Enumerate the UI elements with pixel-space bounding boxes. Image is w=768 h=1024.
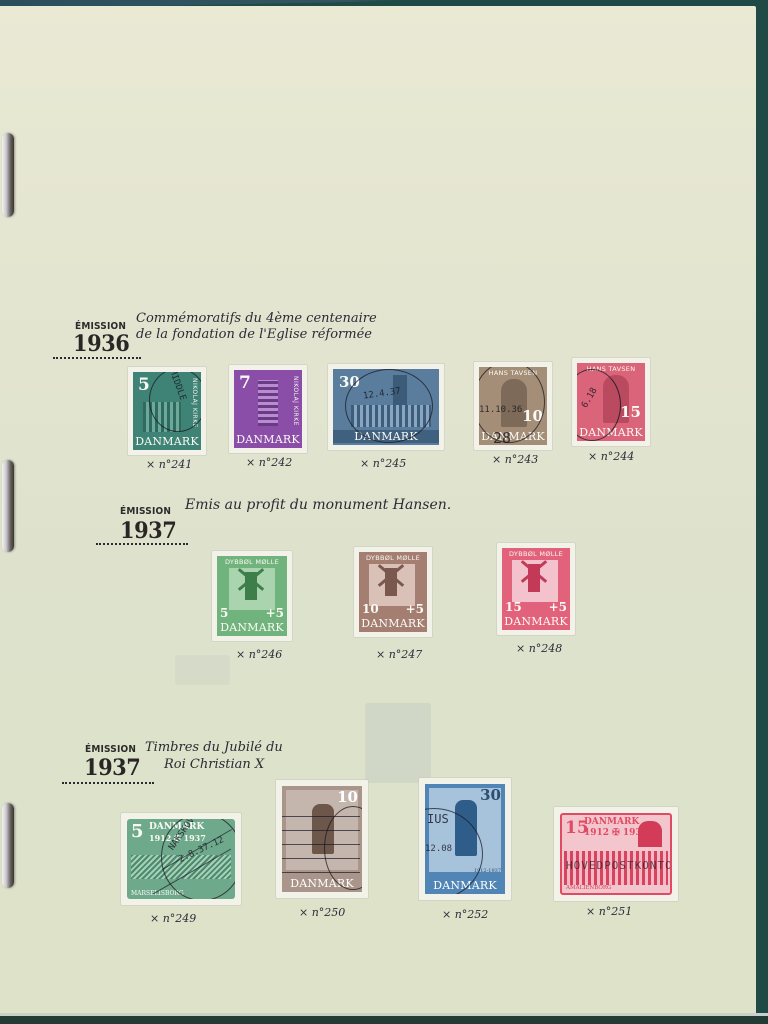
- stamp-design: 7 NIKOLAJ KIRKE DANMARK: [234, 370, 302, 448]
- stamp-design: 5 NIKOLAJ KIRKE DANMARK MIDDLE: [133, 372, 201, 450]
- catalog-number: × n°249: [150, 912, 196, 925]
- ghost-imprint: [365, 703, 431, 783]
- catalog-number: × n°244: [588, 450, 634, 463]
- stamp[interactable]: 7 NIKOLAJ KIRKE DANMARK: [229, 365, 307, 453]
- stamp[interactable]: 15 DANMARK 1912 ✠ 1937 AMALIENBORG HOVED…: [554, 807, 678, 901]
- stamp-design: HANS TAVSEN 10 DANMARK 11.10.36 28: [479, 367, 547, 445]
- catalog-number: × n°252: [442, 908, 488, 921]
- stamp-design: DYBBØL MØLLE 5 +5 DANMARK: [217, 556, 287, 636]
- dotted-rule: [53, 357, 141, 359]
- stamp-design: 30 DANMARK 12.4.37: [333, 369, 439, 445]
- stamp[interactable]: 5 NIKOLAJ KIRKE DANMARK MIDDLE: [128, 367, 206, 455]
- album-bottom-edge: [0, 1013, 768, 1024]
- emission-year: 1936: [73, 331, 129, 357]
- catalog-number: × n°243: [492, 453, 538, 466]
- section-description: Emis au profit du monument Hansen.: [185, 497, 451, 513]
- binder-ring-hole: [2, 460, 14, 552]
- stamp[interactable]: HANS TAVSEN 15 DANMARK 6.18: [572, 358, 650, 446]
- section-description: Roi Christian X: [164, 757, 264, 772]
- stamp[interactable]: 30 1912-1937 DANMARK IUS 12.08: [419, 778, 511, 900]
- stamp-design: DYBBØL MØLLE 15 +5 DANMARK: [502, 548, 570, 630]
- stamp[interactable]: DYBBØL MØLLE 5 +5 DANMARK: [212, 551, 292, 641]
- emission-year: 1937: [120, 518, 176, 544]
- stamp-design: DYBBØL MØLLE 10 +5 DANMARK: [359, 552, 427, 632]
- stamp[interactable]: DYBBØL MØLLE 10 +5 DANMARK: [354, 547, 432, 637]
- catalog-number: × n°248: [516, 642, 562, 655]
- catalog-number: × n°251: [586, 905, 632, 918]
- catalog-number: × n°241: [146, 458, 192, 471]
- stamp-design: 5 DANMARK 1912 ✠ 1937 MARSELISBORG NAKSK…: [127, 819, 235, 899]
- binder-ring-hole: [2, 133, 14, 217]
- ghost-imprint: [175, 655, 230, 685]
- stamp[interactable]: 5 DANMARK 1912 ✠ 1937 MARSELISBORG NAKSK…: [121, 813, 241, 905]
- stamp[interactable]: 30 DANMARK 12.4.37: [328, 364, 444, 450]
- stamp-design: 30 1912-1937 DANMARK IUS 12.08: [425, 784, 505, 894]
- section-description: de la fondation de l'Eglise réformée: [136, 327, 372, 342]
- section-description: Timbres du Jubilé du: [145, 740, 283, 755]
- dotted-rule: [96, 543, 188, 545]
- emission-year: 1937: [84, 755, 140, 781]
- stamp[interactable]: 10 DANMARK: [276, 780, 368, 898]
- stamp-design: 15 DANMARK 1912 ✠ 1937 AMALIENBORG HOVED…: [560, 813, 672, 895]
- stamp-design: HANS TAVSEN 15 DANMARK 6.18: [577, 363, 645, 441]
- stamp[interactable]: DYBBØL MØLLE 15 +5 DANMARK: [497, 543, 575, 635]
- stamp[interactable]: HANS TAVSEN 10 DANMARK 11.10.36 28: [474, 362, 552, 450]
- catalog-number: × n°242: [246, 456, 292, 469]
- emission-label: ÉMISSION: [85, 744, 136, 755]
- binder-ring-hole: [2, 803, 14, 888]
- section-description: Commémoratifs du 4ème centenaire: [136, 311, 377, 326]
- catalog-number: × n°245: [360, 457, 406, 470]
- catalog-number: × n°247: [376, 648, 422, 661]
- stamp-design: 10 DANMARK: [282, 786, 362, 892]
- emission-label: ÉMISSION: [120, 506, 171, 517]
- dotted-rule: [62, 782, 154, 784]
- catalog-number: × n°246: [236, 648, 282, 661]
- catalog-number: × n°250: [299, 906, 345, 919]
